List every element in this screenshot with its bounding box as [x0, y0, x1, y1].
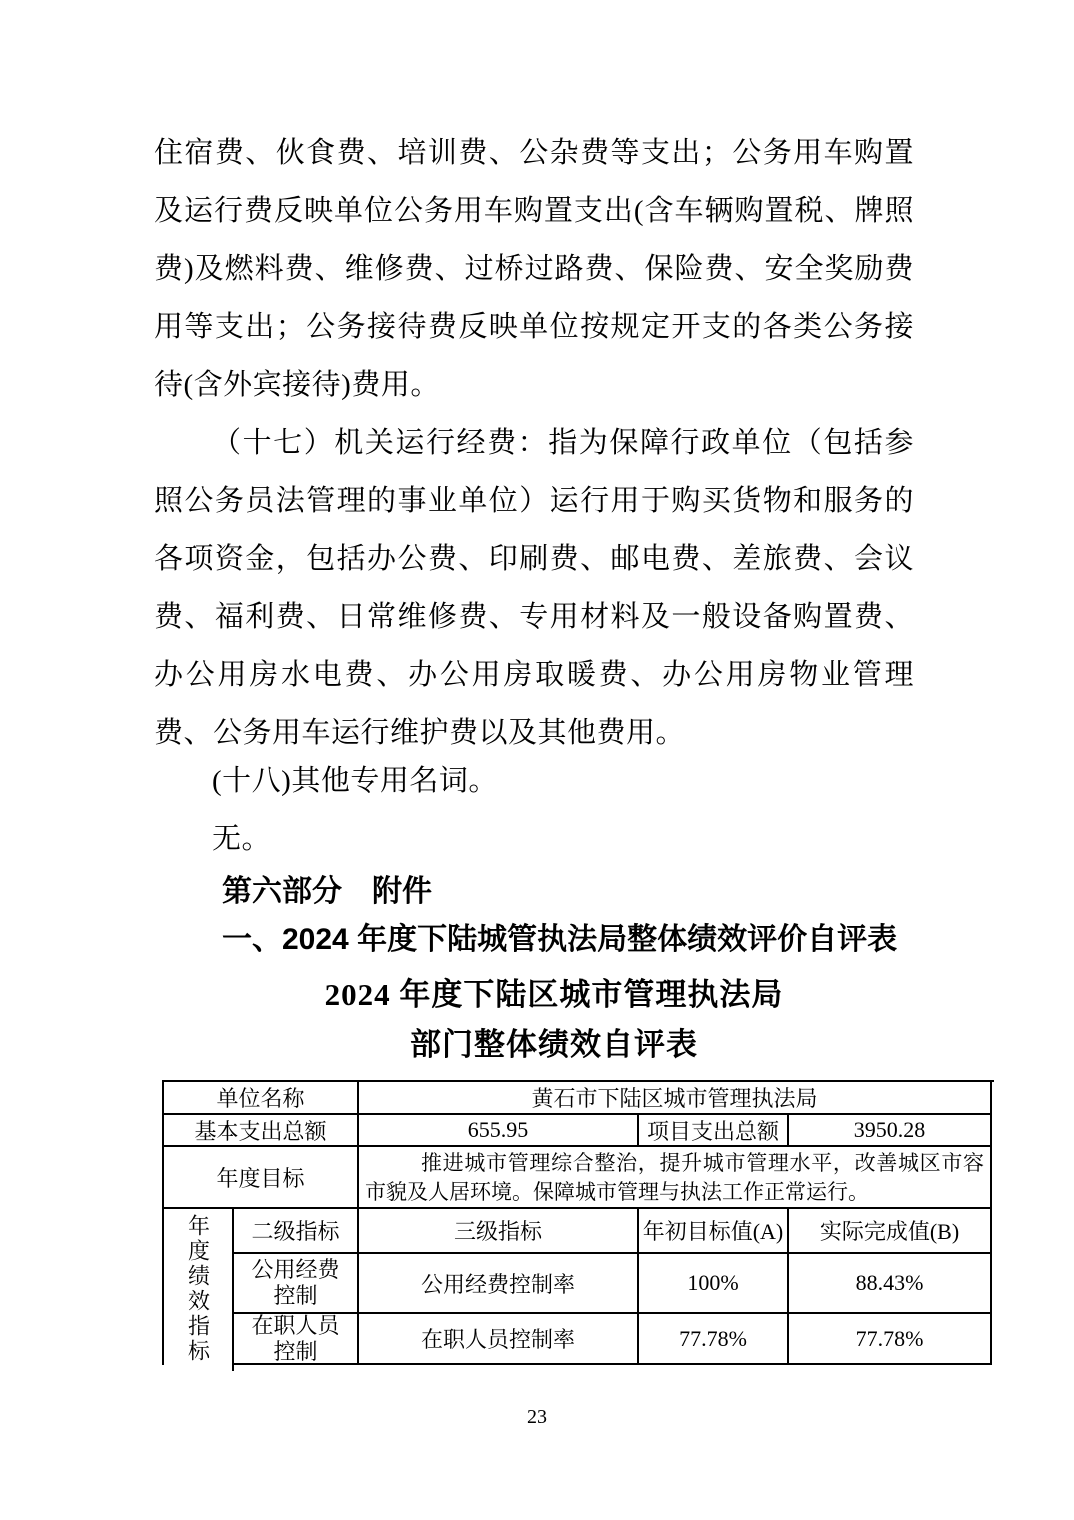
indicator-row-target: 77.78% — [639, 1314, 789, 1365]
document-page: 住宿费、伙食费、培训费、公杂费等支出；公务用车购置及运行费反映单位公务用车购置支… — [0, 0, 1074, 1520]
self-evaluation-table: 单位名称 黄石市下陆区城市管理执法局 基本支出总额 655.95 项目支出总额 … — [162, 1080, 994, 1365]
col-header-secondary: 二级指标 — [234, 1209, 359, 1254]
paragraph-agency-operating-costs: （十七）机关运行经费：指为保障行政单位（包括参照公务员法管理的事业单位）运行用于… — [154, 414, 914, 762]
basic-expense-label: 基本支出总额 — [164, 1115, 359, 1147]
annual-goal-label: 年度目标 — [164, 1147, 359, 1209]
paragraph-expense-definitions: 住宿费、伙食费、培训费、公杂费等支出；公务用车购置及运行费反映单位公务用车购置支… — [154, 124, 914, 414]
table-title-line2: 部门整体绩效自评表 — [154, 1020, 954, 1070]
indicator-row-target: 100% — [639, 1254, 789, 1314]
page-number: 23 — [0, 1402, 1074, 1432]
attachment-heading: 一、2024 年度下陆城管执法局整体绩效评价自评表 — [154, 911, 1074, 969]
project-expense-label: 项目支出总额 — [639, 1115, 789, 1147]
table-cut-border-tail — [232, 1365, 234, 1371]
table-title: 2024 年度下陆区城市管理执法局 部门整体绩效自评表 — [154, 970, 954, 1070]
indicator-row-tertiary: 公用经费控制率 — [359, 1254, 639, 1314]
unit-name-value: 黄石市下陆区城市管理执法局 — [359, 1082, 992, 1115]
indicator-row-actual: 88.43% — [789, 1254, 992, 1314]
col-header-tertiary: 三级指标 — [359, 1209, 639, 1254]
col-header-actual: 实际完成值(B) — [789, 1209, 992, 1254]
basic-expense-value: 655.95 — [359, 1115, 639, 1147]
indicator-row-tertiary: 在职人员控制率 — [359, 1314, 639, 1365]
col-header-target: 年初目标值(A) — [639, 1209, 789, 1254]
indicator-row-secondary: 公用经费 控制 — [234, 1254, 359, 1314]
indicator-row-actual: 77.78% — [789, 1314, 992, 1365]
paragraph-none: 无。 — [154, 810, 914, 868]
unit-name-label: 单位名称 — [164, 1082, 359, 1115]
table-title-line1: 2024 年度下陆区城市管理执法局 — [154, 970, 954, 1020]
project-expense-value: 3950.28 — [789, 1115, 992, 1147]
paragraph-other-terms: (十八)其他专用名词。 — [154, 752, 914, 810]
indicator-group-label: 年度绩效指标 — [164, 1209, 234, 1365]
indicator-row-secondary: 在职人员 控制 — [234, 1314, 359, 1365]
annual-goal-value: 推进城市管理综合整治，提升城市管理水平，改善城区市容市貌及人居环境。保障城市管理… — [359, 1147, 992, 1209]
